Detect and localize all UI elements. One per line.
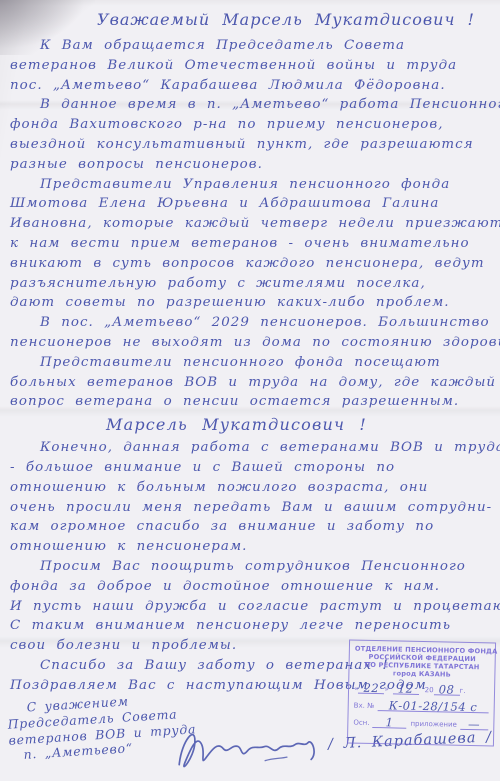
letter-line: выездной консультативный пункт, где разр… xyxy=(10,135,498,155)
letter-line: С таким вниманием пенсионеру легче перен… xyxy=(10,616,498,636)
letter-line: отношению к больным пожилого возраста, о… xyxy=(10,478,498,498)
stamp-basis-row: Осн. 1 приложение — xyxy=(353,717,488,731)
letter-line: пенсионеров не выходят из дома по состоя… xyxy=(10,333,498,353)
letter-line: Представители Управления пенсионного фон… xyxy=(10,175,498,195)
letter-line: очень просили меня передать Вам и вашим … xyxy=(10,498,498,518)
letter-line: Конечно, данная работа с ветеранами ВОВ … xyxy=(10,438,498,458)
letter-line: И пусть наши дружба и согласие растут и … xyxy=(10,597,498,617)
letter-line: К Вам обращается Председатель Совета xyxy=(10,36,498,56)
letter-line: кам огромное спасибо за внимание и забот… xyxy=(10,517,498,537)
letter-line: Представители пенсионного фонда посещают xyxy=(10,353,498,373)
letter-salutation: Уважаемый Марсель Мукатдисович ! xyxy=(97,10,500,29)
letter-line: Марсель Мукатдисович ! xyxy=(106,412,498,438)
attachment-value: — xyxy=(460,719,489,731)
incoming-number-label: Вх. № xyxy=(354,701,375,711)
letter-line: вникают в суть вопросов каждого пенсионе… xyxy=(10,254,498,274)
letter-line: разные вопросы пенсионеров. xyxy=(10,155,498,175)
attachment-label: приложение xyxy=(410,719,457,730)
stamp-date-day: 22 xyxy=(358,683,384,695)
letter-line: Ивановна, которые каждый четверг недели … xyxy=(10,214,498,234)
letter-line: вопрос ветерана о пенсии остается разреш… xyxy=(10,392,498,412)
basis-label: Осн. xyxy=(353,718,369,728)
letter-line: отношению к пенсионерам. xyxy=(10,537,498,557)
incoming-number-value: К-01-28/154 с xyxy=(377,700,489,713)
stamp-date-suffix: г. xyxy=(459,686,465,696)
stamp-incoming-row: Вх. № К-01-28/154 с xyxy=(354,700,489,714)
letter-line: В пос. „Аметьево“ 2029 пенсионеров. Боль… xyxy=(10,313,498,333)
letter-line: к нам вести прием ветеранов - очень вним… xyxy=(10,234,498,254)
incoming-registration-stamp: ОТДЕЛЕНИЕ ПЕНСИОННОГО ФОНДАРОССИЙСКОЙ ФЕ… xyxy=(347,639,496,746)
letter-line: пос. „Аметьево“ Карабашева Людмила Фёдор… xyxy=(10,76,498,96)
letter-line: разъяснительную работу с жителями поселк… xyxy=(10,274,498,294)
stamp-org-header: ОТДЕЛЕНИЕ ПЕНСИОННОГО ФОНДАРОССИЙСКОЙ ФЕ… xyxy=(354,645,490,680)
letter-line: больных ветеранов ВОВ и труда на дому, г… xyxy=(10,373,498,393)
letter-line: Шмотова Елена Юрьевна и Абдрашитова Гали… xyxy=(10,194,498,214)
stamp-date-row: « 22 » 12 20 08 г. xyxy=(354,683,489,697)
letter-line: В данное время в п. „Аметьево“ работа Пе… xyxy=(10,95,498,115)
quote-close: » xyxy=(384,684,389,694)
basis-value: 1 xyxy=(372,717,406,729)
stamp-date-century: 20 xyxy=(425,685,434,695)
letter-line: ветеранов Великой Отечественной войны и … xyxy=(10,56,498,76)
signature xyxy=(166,711,325,780)
letter-line: фонда за доброе и достойное отношение к … xyxy=(10,577,498,597)
scanned-letter-page: Уважаемый Марсель Мукатдисович ! К Вам о… xyxy=(0,0,500,781)
letter-body: К Вам обращается Председатель Советавете… xyxy=(10,36,498,696)
stamp-date-year: 08 xyxy=(433,684,459,696)
stamp-date-month: 12 xyxy=(393,683,419,695)
letter-line: фонда Вахитовского р-на по приему пенсио… xyxy=(10,115,498,135)
letter-line: дают советы по разрешению каких-либо про… xyxy=(10,293,498,313)
letter-line: Просим Вас поощрить сотрудников Пенсионн… xyxy=(10,557,498,577)
letter-line: - большое внимание и с Вашей стороны по xyxy=(10,458,498,478)
